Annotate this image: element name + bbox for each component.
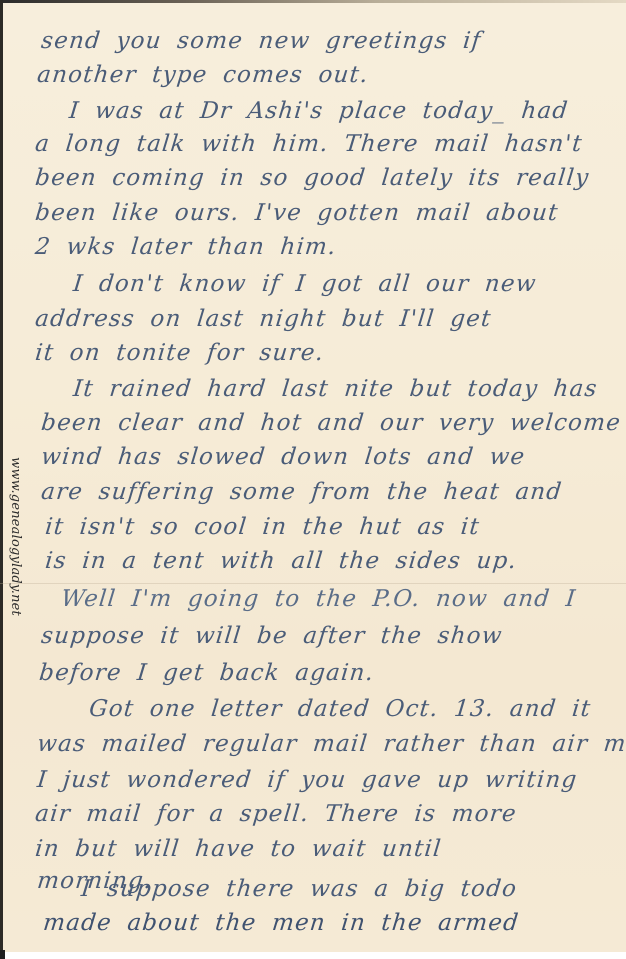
letter-line: I was at Dr Ashi's place today_ had: [68, 100, 570, 123]
letter-line: was mailed regular mail rather than air …: [36, 733, 626, 756]
letter-line: a long talk with him. There mail hasn't: [34, 133, 584, 156]
letter-line: air mail for a spell. There is more: [34, 803, 518, 826]
letter-line: made about the men in the armed: [42, 912, 520, 935]
watermark-text: www.genealogylady.net: [8, 457, 23, 616]
letter-line: 2 wks later than him.: [34, 236, 338, 259]
letter-line: been coming in so good lately its really: [34, 167, 590, 190]
letter-line: Got one letter dated Oct. 13. and it: [88, 698, 592, 721]
letter-line: been like ours. I've gotten mail about: [34, 202, 560, 225]
letter-line: suppose it will be after the show: [40, 625, 504, 648]
letter-line: is in a tent with all the sides up.: [44, 550, 518, 573]
letter-line: it isn't so cool in the hut as it: [44, 516, 481, 539]
letter-line: in but will have to wait until: [34, 838, 443, 861]
letter-line: another type comes out.: [36, 64, 370, 87]
scan-top-edge: [0, 0, 626, 3]
letter-line: it on tonite for sure.: [34, 342, 325, 365]
paper-fold-line: [0, 583, 626, 584]
letter-line: are suffering some from the heat and: [40, 481, 563, 504]
letter-line: send you some new greetings if: [40, 30, 483, 53]
letter-line: I don't know if I got all our new: [72, 273, 538, 296]
letter-line: Well I'm going to the P.O. now and I: [60, 588, 577, 611]
letter-line: address on last night but I'll get: [34, 308, 493, 331]
letter-line: been clear and hot and our very welcome: [40, 412, 622, 435]
letter-line: wind has slowed down lots and we: [40, 446, 526, 469]
letter-line: I just wondered if you gave up writing: [36, 769, 579, 792]
scan-bottom-edge: [0, 950, 5, 959]
letter-line: I suppose there was a big todo: [80, 878, 518, 901]
letter-page: www.genealogylady.net send you some new …: [0, 0, 626, 952]
watermark: www.genealogylady.net: [2, 466, 28, 606]
letter-line: It rained hard last nite but today has: [72, 378, 599, 401]
letter-line: before I get back again.: [38, 662, 375, 685]
